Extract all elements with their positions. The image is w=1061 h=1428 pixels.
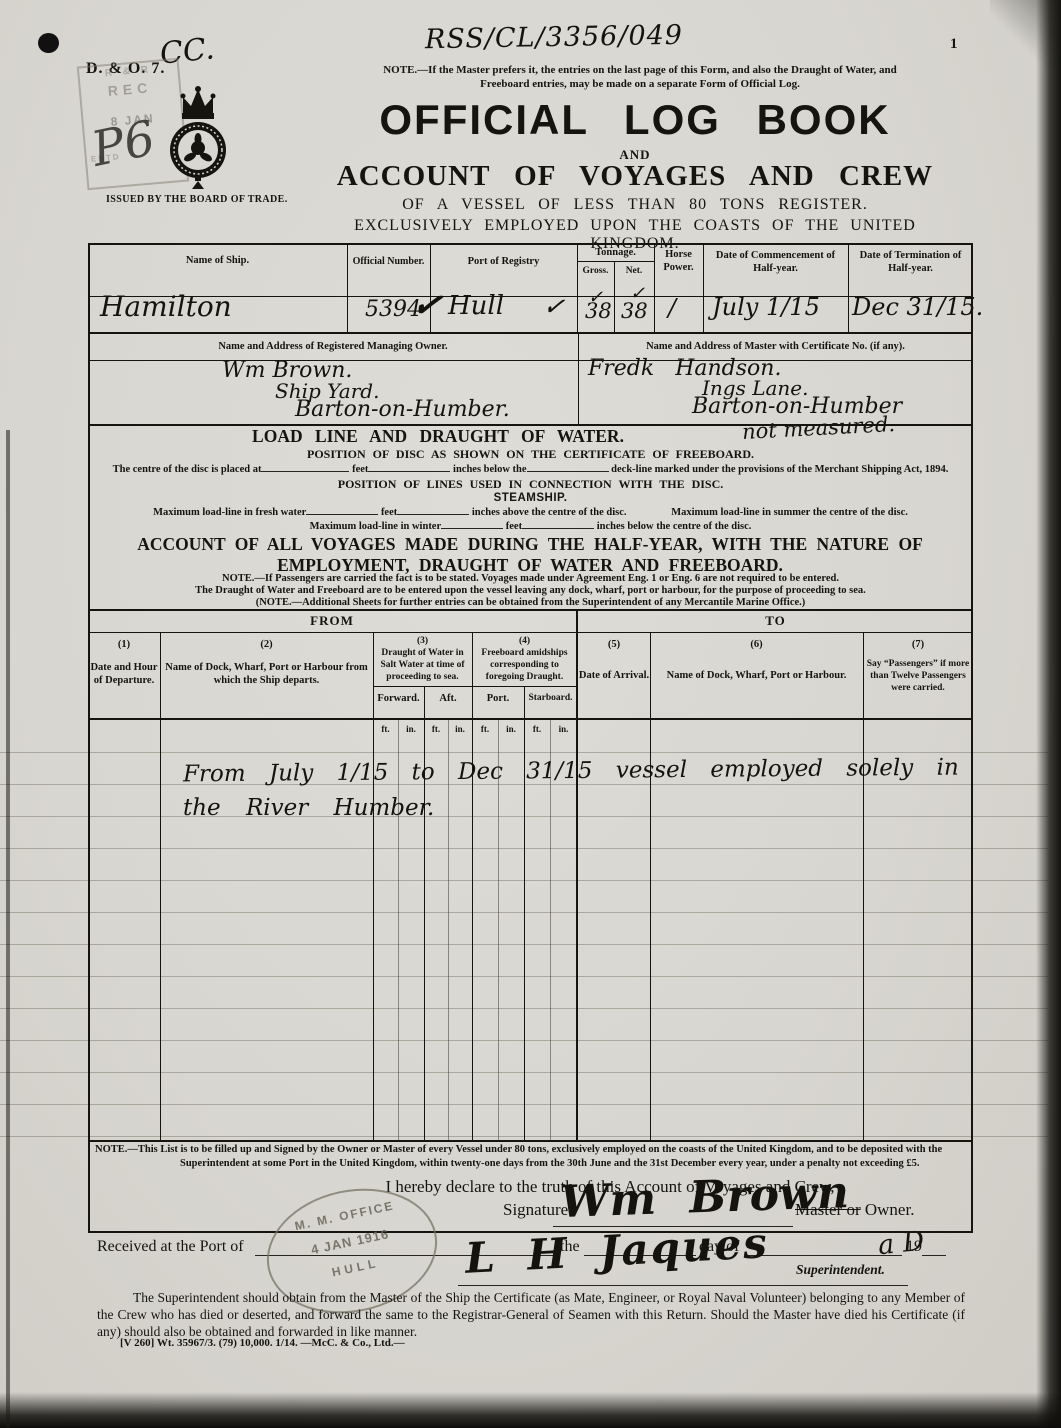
inches-below-text: inches below the: [453, 464, 527, 475]
master-or-owner-label: Master or Owner.: [795, 1200, 914, 1220]
position-of-disc-heading: POSITION OF DISC AS SHOWN ON THE CERTIFI…: [88, 447, 973, 462]
starboard-subheader: Starboard.: [524, 693, 577, 705]
col6-header: (6) Name of Dock, Wharf, Port or Harbour…: [650, 638, 863, 682]
ship-name-value: Hamilton: [100, 290, 232, 323]
page-corner-shadow: [990, 0, 1061, 70]
winter-line: Maximum load-line in winter feet inches …: [92, 519, 969, 533]
date-commencement-header: Date of Commencement of Half-year.: [710, 249, 841, 275]
col-number: (2): [165, 638, 368, 651]
col-label: Say “Passengers” if more than Twelve Pas…: [865, 659, 971, 695]
sub-title: ACCOUNT OF VOYAGES AND CREW: [320, 160, 950, 193]
form-border: [88, 243, 973, 1233]
col-number: (5): [578, 638, 650, 651]
board-of-trade-crest-icon: [150, 84, 246, 194]
in-label: in.: [398, 724, 424, 734]
ft-label: ft.: [472, 724, 498, 734]
load-line-title: LOAD LINE AND DRAUGHT OF WATER.: [88, 426, 788, 447]
page-number: 1: [950, 36, 958, 53]
blank-line: [441, 519, 503, 529]
port-of-registry-value: Hull: [448, 291, 504, 321]
superintendent-label: Superintendent.: [796, 1262, 885, 1278]
tonnage-gross-header: Gross.: [577, 266, 614, 278]
port-subheader: Port.: [472, 692, 524, 705]
punch-hole-dot: [38, 33, 59, 53]
forward-subheader: Forward.: [373, 692, 424, 705]
master-or-text: Master or: [795, 1200, 861, 1219]
winter-text: Maximum load-line in winter: [310, 521, 442, 532]
fresh-water-text: Maximum load-line in fresh water: [153, 507, 306, 518]
page-edge-left: [6, 430, 10, 1428]
owner-town-value: Barton-on-Humber.: [295, 397, 510, 422]
steamship-heading: STEAMSHIP.: [88, 492, 973, 504]
scanned-document-page: D. & O. 7. CC. R & R REC 8 JAN ENTD P6 I…: [0, 0, 1061, 1428]
col7-header: (7) Say “Passengers” if more than Twelve…: [865, 638, 971, 695]
tonnage-net-header: Net.: [614, 266, 654, 278]
tonnage-header: Tonnage.: [577, 246, 654, 259]
handwritten-reference: RSS/CL/3356/049: [425, 20, 683, 55]
col-label: Date of Arrival.: [578, 669, 650, 682]
print-code: [V 260] Wt. 35967/3. (79) 10,000. 1/14. …: [120, 1337, 405, 1349]
col5-header: (5) Date of Arrival.: [578, 638, 650, 682]
check-mark: ✓: [541, 291, 566, 323]
official-number-header: Official Number.: [347, 256, 430, 267]
name-of-ship-header: Name of Ship.: [88, 254, 347, 267]
horse-power-header: Horse Power.: [656, 248, 701, 274]
feet-label: feet: [352, 464, 368, 475]
main-title: OFFICIAL LOG BOOK: [320, 96, 950, 144]
termination-value: Dec 31/15.: [852, 293, 983, 321]
blank-line: [368, 462, 450, 472]
inches-above-text: inches above the centre of the disc.: [472, 507, 627, 518]
superintendent-instructions: The Superintendent should obtain from th…: [97, 1289, 965, 1340]
feet-label: feet: [506, 521, 522, 532]
page-edge-bottom: [0, 1392, 1061, 1428]
deck-line-text: deck-line marked under the provisions of…: [611, 464, 948, 475]
commencement-value: July 1/15: [712, 293, 820, 321]
col1-header: (1) Date and Hour of Departure.: [88, 638, 160, 687]
feet-label: feet: [381, 507, 397, 518]
in-label: in.: [550, 724, 577, 734]
col-label: Name of Dock, Wharf, Port or Harbour.: [650, 669, 863, 682]
inches-below-text: inches below the centre of the disc.: [597, 521, 752, 532]
col-label: Draught of Water in Salt Water at time o…: [374, 648, 471, 684]
check-mark: ✓: [409, 282, 445, 328]
col-number: (3): [374, 636, 471, 648]
owner-text: Owner.: [865, 1200, 915, 1219]
disc-centre-text: The centre of the disc is placed at: [113, 464, 262, 475]
voyage-entry-line2: the River Humber.: [183, 795, 434, 821]
col-number: (4): [473, 636, 576, 648]
account-note3: (NOTE.—Additional Sheets for further ent…: [88, 596, 973, 609]
col3-header: (3) Draught of Water in Salt Water at ti…: [374, 636, 471, 684]
header-note-line1: NOTE.—If the Master prefers it, the entr…: [325, 64, 955, 76]
in-label: in.: [498, 724, 524, 734]
col-number: (7): [865, 638, 971, 651]
header-note-line2: Freeboard entries, may be made on a sepa…: [325, 78, 955, 90]
managing-owner-header: Name and Address of Registered Managing …: [88, 340, 578, 353]
blank-line: [397, 505, 469, 515]
received-at-port-label: Received at the Port of: [97, 1238, 244, 1256]
subtitle-register: OF A VESSEL OF LESS THAN 80 TONS REGISTE…: [320, 196, 950, 214]
col-label: Freeboard amidships corresponding to for…: [473, 648, 576, 684]
signature-label: Signature: [503, 1200, 568, 1220]
col-label: Name of Dock, Wharf, Port or Harbour fro…: [165, 661, 368, 687]
col-number: (1): [88, 638, 160, 651]
page-edge-right: [1036, 0, 1061, 1428]
account-heading: ACCOUNT OF ALL VOYAGES MADE DURING THE H…: [100, 534, 960, 575]
from-header: FROM: [88, 613, 576, 629]
ft-label: ft.: [424, 724, 448, 734]
blank-line: [527, 462, 609, 472]
to-header: TO: [578, 613, 973, 629]
disc-centre-line: The centre of the disc is placed at feet…: [92, 462, 969, 476]
master-header: Name and Address of Master with Certific…: [578, 340, 973, 353]
port-of-registry-header: Port of Registry: [430, 255, 577, 268]
ft-label: ft.: [373, 724, 398, 734]
issued-by-label: ISSUED BY THE BOARD OF TRADE.: [106, 194, 288, 205]
date-termination-header: Date of Termination of Half-year.: [853, 249, 968, 275]
list-filing-note: NOTE.—This List is to be filled up and S…: [95, 1143, 967, 1170]
blank-line: [522, 519, 594, 529]
check-mark: ✓: [588, 287, 603, 308]
col2-header: (2) Name of Dock, Wharf, Port or Harbour…: [165, 638, 368, 687]
summer-load-line-text: Maximum load-line in summer the centre o…: [629, 507, 908, 518]
aft-subheader: Aft.: [424, 692, 472, 705]
blank-line: [306, 505, 378, 515]
blank-line: [261, 462, 349, 472]
col4-header: (4) Freeboard amidships corresponding to…: [473, 636, 576, 684]
fresh-water-line: Maximum load-line in fresh water feet in…: [92, 505, 969, 519]
handwritten-annotation: a D: [877, 1226, 926, 1262]
check-mark: ✓: [630, 283, 645, 304]
ft-label: ft.: [524, 724, 550, 734]
horse-power-value: /: [668, 294, 676, 322]
col-number: (6): [650, 638, 863, 651]
position-of-lines-heading: POSITION OF LINES USED IN CONNECTION WIT…: [88, 477, 973, 492]
in-label: in.: [448, 724, 472, 734]
col-label: Date and Hour of Departure.: [88, 661, 160, 687]
